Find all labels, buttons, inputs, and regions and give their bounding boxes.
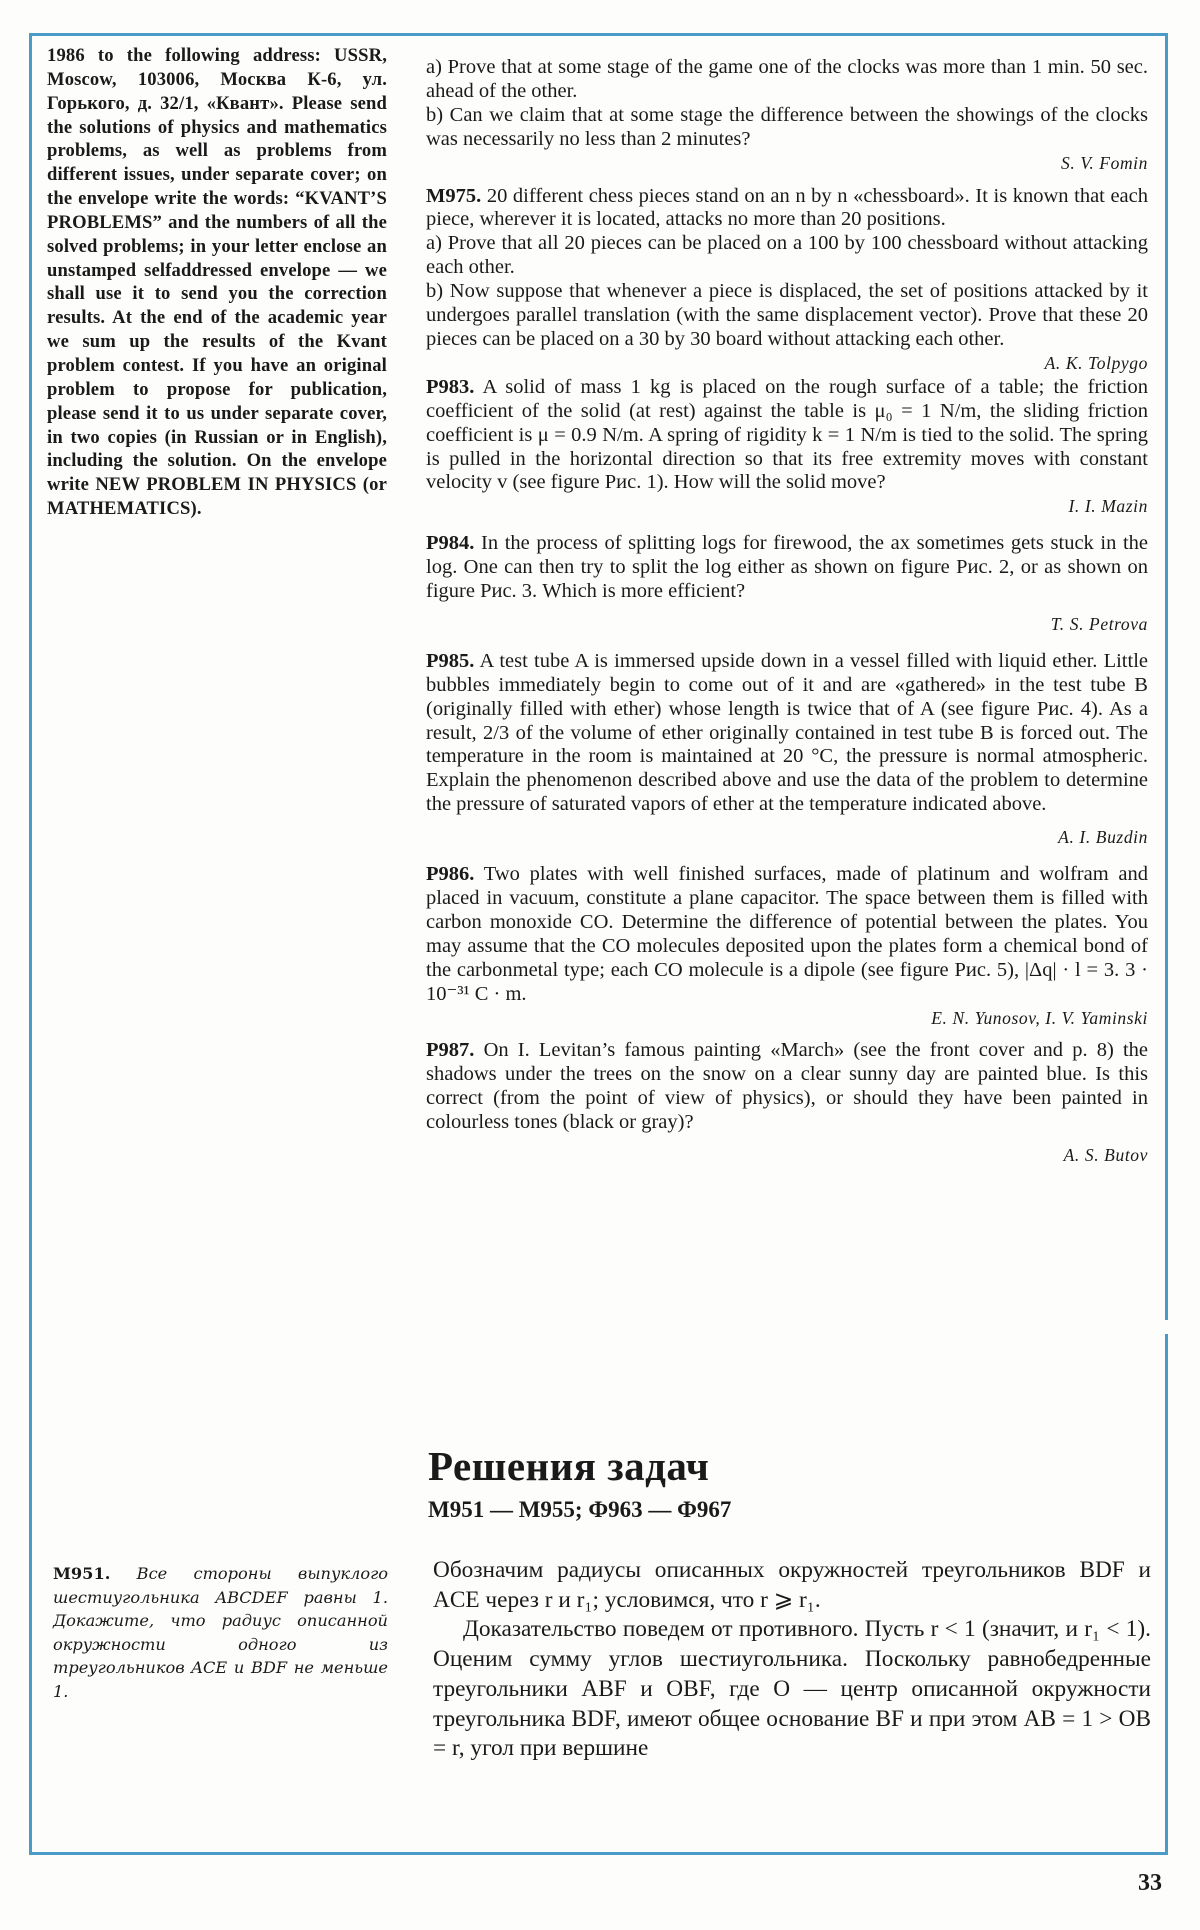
submission-instructions: 1986 to the following address: USSR, Mos… <box>47 44 387 521</box>
problem-number: P986. <box>426 863 474 885</box>
problem-number: M975. <box>426 185 481 207</box>
problem-p983: P983. A solid of mass 1 kg is placed on … <box>426 376 1148 519</box>
problem-author: T. S. Petrova <box>426 613 1148 637</box>
problem-number: P984. <box>426 532 474 554</box>
instructions-text: 1986 to the following address: USSR, Mos… <box>47 44 387 521</box>
problem-paragraph: a) Prove that at some stage of the game … <box>426 56 1148 104</box>
problem-number: P987. <box>426 1039 474 1061</box>
solutions-subheading: M951 — M955; Ф963 — Ф967 <box>428 1495 731 1525</box>
problem-number: P985. <box>426 650 474 672</box>
note-problem-text: Все стороны выпуклого шестиугольника ABC… <box>53 1564 388 1701</box>
problem-paragraph: b) Can we claim that at some stage the d… <box>426 104 1148 152</box>
problem-paragraph: A solid of mass 1 kg is placed on the ro… <box>426 376 1148 494</box>
problem-statement-note: M951. Все стороны выпуклого шестиугольни… <box>53 1562 388 1703</box>
solution-paragraph: Обозначим радиусы описанных окружностей … <box>433 1556 1151 1615</box>
problem-paragraph: A test tube A is immersed upside down in… <box>426 650 1148 815</box>
problem-author: A. S. Butov <box>426 1144 1148 1168</box>
problem-author: I. I. Mazin <box>426 495 1148 519</box>
problem-paragraph: On I. Levitan’s famous painting «March» … <box>426 1039 1148 1133</box>
problem-paragraph: b) Now suppose that whenever a piece is … <box>426 280 1148 352</box>
problem-author: S. V. Fomin <box>426 152 1148 176</box>
problem-author: A. I. Buzdin <box>426 826 1148 850</box>
problem-continuation: a) Prove that at some stage of the game … <box>426 56 1148 176</box>
problem-p984: P984. In the process of splitting logs f… <box>426 532 1148 637</box>
page-number: 33 <box>1138 1870 1162 1897</box>
solution-paragraph: Доказательство поведем от противного. Пу… <box>433 1615 1151 1764</box>
frame-gap <box>1165 1320 1173 1334</box>
problem-m975: M975. 20 different chess pieces stand on… <box>426 185 1148 376</box>
problem-paragraph: 20 different chess pieces stand on an n … <box>426 185 1148 231</box>
problem-p986: P986. Two plates with well finished surf… <box>426 863 1148 1030</box>
problem-paragraph: a) Prove that all 20 pieces can be place… <box>426 232 1148 280</box>
problem-paragraph: Two plates with well finished surfaces, … <box>426 863 1148 1005</box>
problem-author: E. N. Yunosov, I. V. Yaminski <box>426 1007 1148 1031</box>
solutions-heading: Решения задач <box>428 1442 709 1490</box>
problems-column: a) Prove that at some stage of the game … <box>426 56 1148 1168</box>
problem-p987: P987. On I. Levitan’s famous painting «M… <box>426 1039 1148 1168</box>
problem-paragraph: In the process of splitting logs for fir… <box>426 532 1148 602</box>
problem-p985: P985. A test tube A is immersed upside d… <box>426 650 1148 850</box>
solution-text: Обозначим радиусы описанных окружностей … <box>433 1556 1151 1764</box>
problem-number: P983. <box>426 376 474 398</box>
problem-author: A. K. Tolpygo <box>426 352 1148 376</box>
note-problem-number: M951. <box>53 1564 110 1583</box>
